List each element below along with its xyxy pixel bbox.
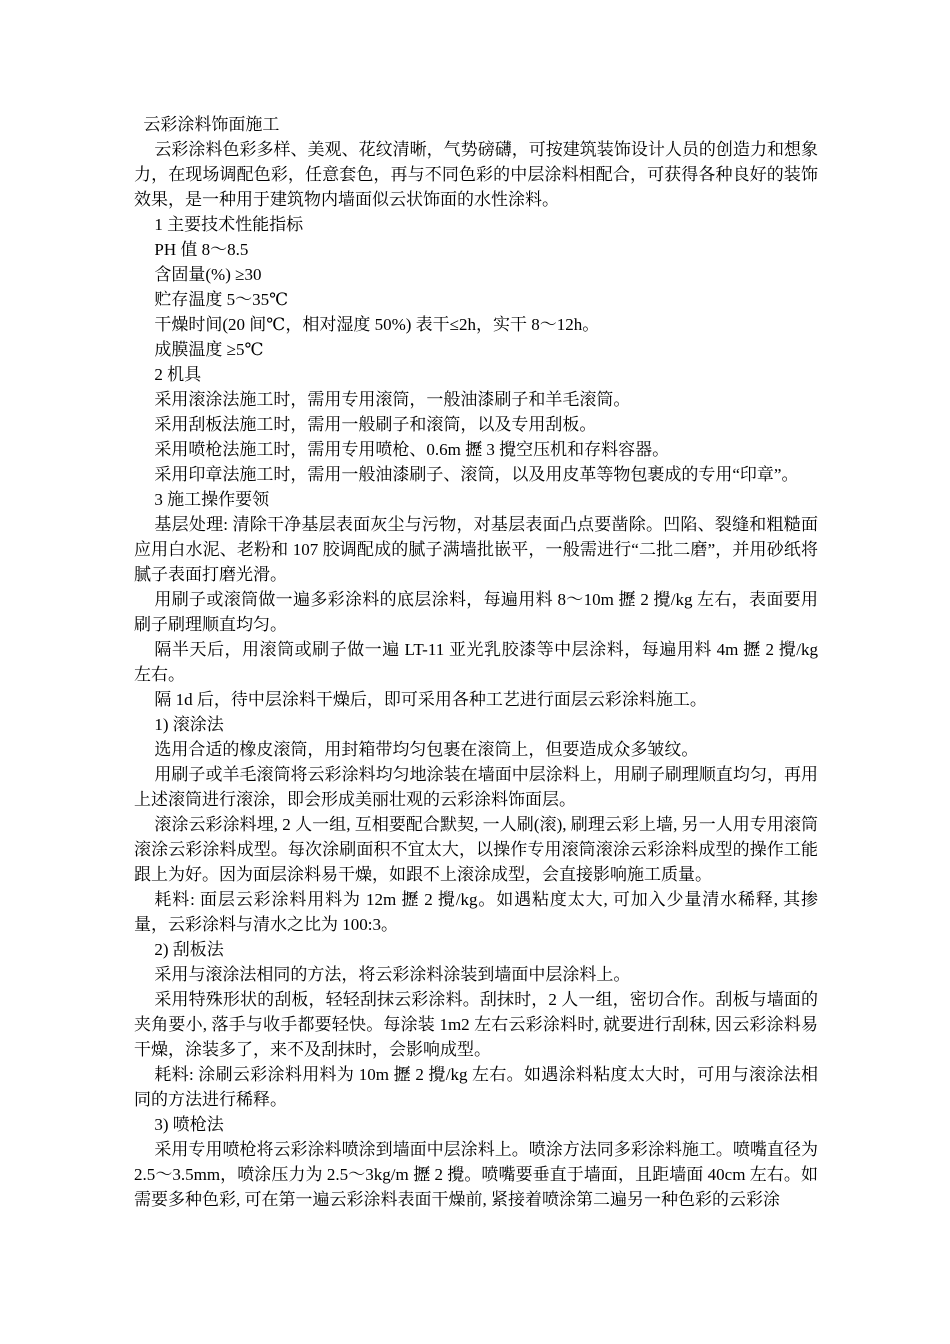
paragraph-intro: 云彩涂料色彩多样、美观、花纹清晰，气势磅礴，可按建筑装饰设计人员的创造力和想象力… [134, 137, 818, 212]
heading-roller-method: 1) 滚涂法 [134, 712, 818, 737]
paragraph-scraper-consumption: 耗料: 涂刷云彩涂料用料为 10m 攊 2 攪/kg 左右。如遇涂料粘度太大时，… [134, 1062, 818, 1112]
spec-ph-value: PH 值 8～8.5 [134, 237, 818, 262]
paragraph-base-treatment: 基层处理: 清除干净基层表面灰尘与污物，对基层表面凸点要凿除。凹陷、裂缝和粗糙面… [134, 512, 818, 587]
spec-storage-temp: 贮存温度 5～35℃ [134, 287, 818, 312]
paragraph-scraper-technique: 采用特殊形状的刮板，轻轻刮抹云彩涂料。刮抹时，2 人一组，密切合作。刮板与墙面的… [134, 987, 818, 1062]
spec-solid-content: 含固量(%) ≥30 [134, 262, 818, 287]
heading-tech-specs: 1 主要技术性能指标 [134, 212, 818, 237]
paragraph-scraper-apply: 采用与滚涂法相同的方法，将云彩涂料涂装到墙面中层涂料上。 [134, 962, 818, 987]
spec-film-temp: 成膜温度 ≥5℃ [134, 337, 818, 362]
heading-scraper-method: 2) 刮板法 [134, 937, 818, 962]
paragraph-roller-equip: 采用滚涂法施工时，需用专用滚筒，一般油漆刷子和羊毛滚筒。 [134, 387, 818, 412]
paragraph-roller-apply: 用刷子或羊毛滚筒将云彩涂料均匀地涂装在墙面中层涂料上，用刷子刷理顺直均匀，再用上… [134, 762, 818, 812]
heading-spray-method: 3) 喷枪法 [134, 1112, 818, 1137]
document-page: 云彩涂料饰面施工 云彩涂料色彩多样、美观、花纹清晰，气势磅礴，可按建筑装饰设计人… [0, 0, 950, 1344]
paragraph-roller-consumption: 耗料: 面层云彩涂料用料为 12m 攊 2 攪/kg。如遇粘度太大, 可加入少量… [134, 887, 818, 937]
paragraph-roller-teamwork: 滚涂云彩涂料埋, 2 人一组, 互相要配合默契, 一人刷(滚), 刷理云彩上墙,… [134, 812, 818, 887]
document-body: 云彩涂料饰面施工 云彩涂料色彩多样、美观、花纹清晰，气势磅礴，可按建筑装饰设计人… [134, 112, 818, 1212]
paragraph-top-coat-timing: 隔 1d 后，待中层涂料干燥后，即可采用各种工艺进行面层云彩涂料施工。 [134, 687, 818, 712]
paragraph-roller-prep: 选用合适的橡皮滚筒，用封箱带均匀包裹在滚筒上，但要造成众多皱纹。 [134, 737, 818, 762]
heading-equipment: 2 机具 [134, 362, 818, 387]
paragraph-bottom-coat: 用刷子或滚筒做一遍多彩涂料的底层涂料，每遍用料 8～10m 攊 2 攪/kg 左… [134, 587, 818, 637]
paragraph-spray-equip: 采用喷枪法施工时，需用专用喷枪、0.6m 攊 3 攪空压机和存料容器。 [134, 437, 818, 462]
paragraph-scraper-equip: 采用刮板法施工时，需用一般刷子和滚筒，以及专用刮板。 [134, 412, 818, 437]
doc-title: 云彩涂料饰面施工 [134, 112, 818, 137]
spec-drying-time: 干燥时间(20 间℃，相对湿度 50%) 表干≤2h，实干 8～12h。 [134, 312, 818, 337]
paragraph-spray-technique: 采用专用喷枪将云彩涂料喷涂到墙面中层涂料上。喷涂方法同多彩涂料施工。喷嘴直径为 … [134, 1137, 818, 1212]
paragraph-middle-coat: 隔半天后，用滚筒或刷子做一遍 LT-11 亚光乳胶漆等中层涂料，每遍用料 4m … [134, 637, 818, 687]
paragraph-stamp-equip: 采用印章法施工时，需用一般油漆刷子、滚筒，以及用皮革等物包裹成的专用“印章”。 [134, 462, 818, 487]
heading-operation: 3 施工操作要领 [134, 487, 818, 512]
